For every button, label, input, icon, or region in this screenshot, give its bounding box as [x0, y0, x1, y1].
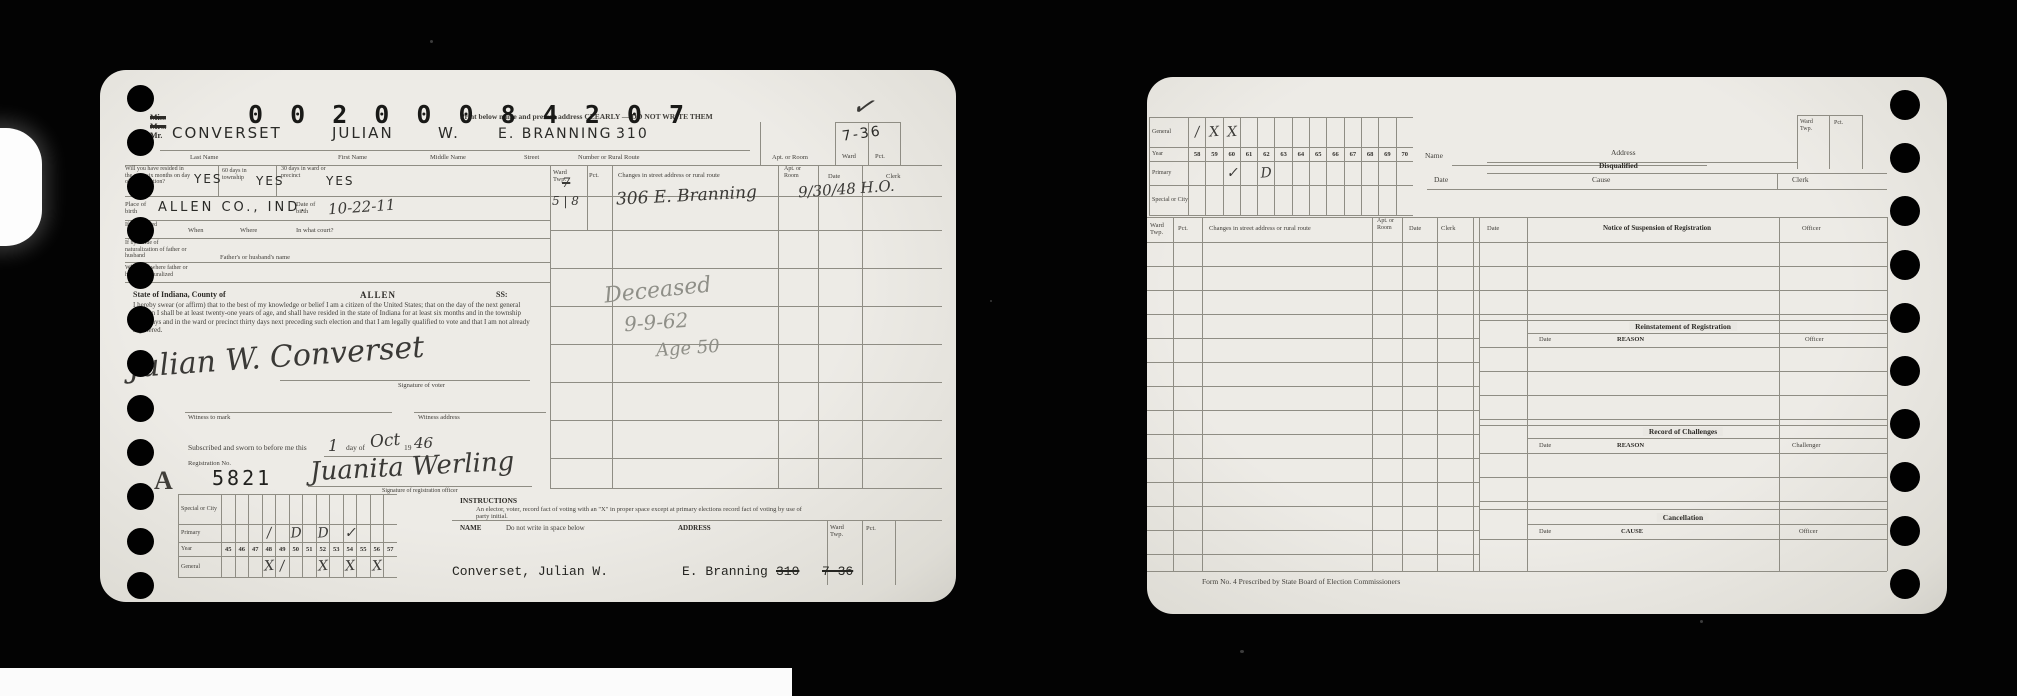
tbl-clerk: Clerk	[1441, 225, 1455, 232]
form-rule	[1479, 347, 1887, 348]
label-name: Name	[1425, 152, 1443, 160]
label-apt-or-room: Apt. or Room	[772, 154, 808, 161]
vote-grid-cell	[316, 495, 330, 524]
label-cause: Cause	[1592, 176, 1610, 184]
form-rule	[1372, 217, 1373, 571]
form-rule	[1147, 362, 1479, 363]
vote-grid-cell	[1292, 118, 1309, 147]
vote-grid-cell: 58	[1188, 148, 1205, 161]
check-mark: ✓	[850, 90, 877, 123]
sprocket-hole	[1890, 409, 1920, 439]
form-rule	[1487, 173, 1887, 174]
vote-grid-cell	[329, 495, 343, 524]
label-last-name: Last Name	[190, 154, 218, 161]
vote-grid-cell	[1326, 118, 1343, 147]
vote-grid-cell	[302, 557, 316, 577]
label-father-husband-name: Father's or husband's name	[220, 254, 290, 261]
form-rule	[1479, 290, 1887, 291]
label-subscribed-sworn: Subscribed and sworn to before me this	[188, 444, 307, 452]
challenges-date: Date	[1539, 442, 1551, 449]
vote-grid-cell: D	[316, 525, 330, 542]
form-rule	[1147, 554, 1479, 555]
label-pct: Pct.	[875, 153, 885, 160]
sprocket-hole	[127, 528, 154, 555]
street-value: E. BRANNING	[498, 126, 612, 142]
vote-grid-cell: 68	[1361, 148, 1378, 161]
vote-grid-cell	[235, 525, 249, 542]
vote-grid-cell	[302, 495, 316, 524]
form-rule	[1452, 165, 1707, 166]
vote-grid-cell	[248, 557, 262, 577]
vote-grid-cell: 55	[356, 543, 370, 556]
film-speck	[990, 300, 992, 302]
form-rule	[1473, 217, 1474, 571]
label-witness-to-mark: Witness to mark	[188, 414, 230, 421]
vote-grid-cell	[356, 495, 370, 524]
vote-grid-cell	[370, 525, 384, 542]
vote-grid-cell	[1274, 186, 1291, 215]
vote-grid-cell	[221, 495, 235, 524]
label-first-name: First Name	[338, 154, 367, 161]
form-rule	[1147, 506, 1479, 507]
form-rule	[125, 282, 550, 283]
vote-mark: /	[1188, 123, 1205, 140]
vote-mark: X	[316, 558, 330, 575]
label-place-of-birth: Place of birth	[125, 201, 157, 216]
deceased-age: Age 50	[655, 336, 720, 361]
form-rule	[550, 268, 942, 269]
form-rule	[1479, 509, 1887, 510]
vote-grid-cell	[1378, 186, 1395, 215]
label-state-county: State of Indiana, County of	[133, 291, 226, 300]
instructions-body: An elector, voter, record fact of voting…	[476, 506, 811, 521]
susp-title: Notice of Suspension of Registration	[1547, 225, 1767, 233]
sprocket-hole	[127, 129, 154, 156]
first-name-value: JULIAN	[332, 124, 394, 142]
vote-grid-cell: 65	[1309, 148, 1326, 161]
form-rule	[862, 520, 863, 585]
vote-grid-cell	[356, 525, 370, 542]
form-rule	[1527, 438, 1887, 439]
form-rule	[1479, 320, 1887, 321]
vote-grid-cell	[302, 525, 316, 542]
form-rule	[612, 165, 613, 488]
vote-grid-cell: 50	[289, 543, 303, 556]
sprocket-hole	[127, 173, 154, 200]
film-speck	[1240, 650, 1244, 653]
sprocket-hole	[127, 572, 154, 599]
form-rule	[308, 486, 532, 487]
form-rule	[900, 122, 901, 165]
vote-grid-cell	[383, 525, 397, 542]
tbl-date: Date	[1409, 225, 1421, 232]
vote-grid-cell: X	[370, 557, 384, 577]
vote-grid-cell: 67	[1344, 148, 1361, 161]
question-30-days-ward: 30 days in ward or precinct	[281, 166, 331, 179]
vote-grid-cell	[329, 525, 343, 542]
vote-grid-cell	[383, 557, 397, 577]
sprocket-hole	[1890, 196, 1920, 226]
vote-grid-cell: /	[1188, 118, 1205, 147]
label-where: Where	[240, 227, 257, 234]
vote-mark: X	[343, 558, 357, 575]
label-street: Street	[524, 154, 539, 161]
form-rule	[862, 165, 863, 488]
form-rule	[1479, 395, 1887, 396]
vote-grid-cell	[1205, 186, 1222, 215]
form-rule	[125, 238, 550, 239]
label-when: When	[188, 227, 204, 234]
form-footer: Form No. 4 Prescribed by State Board of …	[1202, 578, 1400, 586]
form-rule	[550, 344, 942, 345]
typed-number-struck: 310	[776, 564, 799, 579]
label-date-of-birth: Date of birth	[296, 201, 326, 216]
voter-signature: Julian W. Converset	[127, 330, 425, 386]
form-rule	[1479, 477, 1887, 478]
form-rule	[1479, 501, 1887, 502]
officer-signature: Juanita Werling	[309, 447, 515, 488]
vote-grid-cell	[1378, 118, 1395, 147]
cancellation-title: Cancellation	[1657, 513, 1709, 522]
form-rule	[550, 230, 942, 231]
vote-grid-cell: 45	[221, 543, 235, 556]
registration-card-front: Miss Mrs. Mr. 0 0 2 0 0 0 8 4 2 0 7 Prin…	[100, 70, 956, 602]
susp-date: Date	[1487, 225, 1499, 232]
form-rule	[778, 165, 779, 488]
label-ward: Ward	[842, 153, 856, 160]
form-rule	[1173, 217, 1174, 571]
vote-grid-cell: D	[289, 525, 303, 542]
vote-mark: X	[262, 558, 276, 575]
label-pct-col: Pct.	[866, 525, 876, 532]
registration-card-back: General/XXYear58596061626364656667686970…	[1147, 77, 1947, 614]
vote-grid-cell: 53	[329, 543, 343, 556]
sprocket-hole	[1890, 90, 1920, 120]
label-day-of: day of	[346, 444, 365, 452]
form-rule	[1479, 453, 1887, 454]
form-rule	[1147, 314, 1479, 315]
vote-grid-cell: X	[1205, 118, 1222, 147]
form-rule	[1147, 410, 1479, 411]
vote-grid-row-label: General	[179, 557, 221, 577]
vote-grid-row-label: General	[1150, 118, 1188, 147]
sprocket-hole	[127, 439, 154, 466]
form-rule	[125, 220, 550, 221]
sprocket-hole	[1890, 303, 1920, 333]
challenges-reason: REASON	[1617, 442, 1644, 449]
cancellation-officer: Officer	[1799, 528, 1818, 535]
form-rule	[1147, 434, 1479, 435]
vote-grid-cell: 48	[262, 543, 276, 556]
form-rule	[760, 122, 761, 165]
vote-grid-cell	[1274, 118, 1291, 147]
form-rule	[1777, 173, 1778, 189]
vote-grid-cell	[1240, 118, 1257, 147]
hdr-pct: Pct.	[589, 172, 599, 179]
typed-ward-pct-struck: 7-36	[822, 564, 853, 579]
vote-grid-cell	[329, 557, 343, 577]
vote-grid-cell: 46	[235, 543, 249, 556]
vote-grid-row-label: Primary	[1150, 162, 1188, 185]
vote-grid-cell: 47	[248, 543, 262, 556]
last-name-value: CONVERSET	[172, 124, 282, 142]
form-rule	[1479, 314, 1887, 315]
vote-grid-cell	[383, 495, 397, 524]
label-virtue-naturalization: If by virtue of naturalization of father…	[125, 240, 187, 260]
changed-ward-new: 5 | 8	[552, 194, 579, 208]
hdr-apt-room: Apt. or Room	[784, 166, 804, 179]
vote-grid-cell	[1361, 162, 1378, 185]
form-rule	[1527, 217, 1528, 571]
vote-grid-cell	[235, 495, 249, 524]
vote-grid-cell	[343, 495, 357, 524]
changed-ward-old: 7	[562, 176, 570, 191]
sworn-day-value: 1	[328, 436, 338, 455]
sprocket-hole	[127, 350, 154, 377]
sprocket-hole	[127, 395, 154, 422]
vote-grid-cell: 49	[275, 543, 289, 556]
tbl-apt-room: Apt. or Room	[1377, 218, 1397, 231]
vote-grid-cell	[1188, 186, 1205, 215]
instructions-title: INSTRUCTIONS	[460, 497, 517, 505]
sprocket-hole	[127, 217, 154, 244]
form-rule	[550, 488, 942, 489]
vote-grid-cell: 66	[1326, 148, 1343, 161]
vote-grid-cell: 51	[302, 543, 316, 556]
label-what-court: In what court?	[296, 227, 334, 234]
form-rule	[1437, 217, 1438, 571]
vote-grid-cell	[1378, 162, 1395, 185]
vote-grid-cell	[1223, 186, 1240, 215]
label-address-header: ADDRESS	[678, 525, 711, 533]
form-rule	[1887, 217, 1888, 571]
label-clerk-cell: Clerk	[1792, 176, 1809, 184]
sworn-year-value: 46	[414, 434, 433, 452]
vote-grid-cell	[262, 495, 276, 524]
vote-mark: X	[1223, 123, 1240, 140]
voting-record-grid-right: General/XXYear58596061626364656667686970…	[1149, 117, 1413, 216]
label-ss: SS:	[496, 291, 508, 300]
vote-grid-cell	[275, 495, 289, 524]
vote-grid-cell	[1274, 162, 1291, 185]
form-rule	[125, 196, 550, 197]
vote-grid-row-label: Year	[179, 543, 221, 556]
registration-stamp-number: 0 0 2 0 0 0 8 4 2 0 7	[248, 100, 690, 129]
sprocket-hole	[1890, 356, 1920, 386]
vote-grid-cell: D	[1257, 162, 1274, 185]
vote-mark: D	[316, 524, 330, 541]
vote-grid-cell	[1257, 118, 1274, 147]
vote-grid-cell: 61	[1240, 148, 1257, 161]
label-witness-address: Witness address	[418, 414, 460, 421]
vote-grid-cell	[235, 557, 249, 577]
label-ward-twp-col: Ward Twp.	[830, 524, 854, 539]
form-rule	[1829, 115, 1830, 169]
vote-mark: ✓	[343, 524, 357, 541]
voting-record-grid-left: Special or CityPrimary/DD✓Year4546474849…	[178, 494, 397, 578]
vote-grid-cell: X	[1223, 118, 1240, 147]
light-leak-artifact	[0, 128, 42, 246]
sprocket-hole	[1890, 143, 1920, 173]
form-rule	[835, 122, 836, 165]
form-rule	[895, 520, 896, 585]
vote-grid-cell	[275, 525, 289, 542]
vote-grid-cell: 59	[1205, 148, 1222, 161]
vote-grid-cell	[1257, 186, 1274, 215]
county-value: ALLEN	[360, 290, 396, 300]
vote-grid-cell: 60	[1223, 148, 1240, 161]
form-rule	[1479, 266, 1887, 267]
form-rule	[160, 150, 750, 151]
ward-pct-written: 7-36	[841, 123, 883, 144]
vote-mark: D	[1258, 164, 1275, 181]
sworn-month-value: Oct	[369, 430, 401, 453]
affidavit-body: I hereby swear (or affirm) that to the b…	[133, 301, 531, 334]
vote-grid-cell	[1361, 118, 1378, 147]
vote-grid-cell: 54	[343, 543, 357, 556]
form-rule	[1147, 482, 1479, 483]
form-rule	[1479, 539, 1887, 540]
vote-mark: ✓	[1223, 164, 1240, 181]
form-rule	[125, 165, 942, 166]
form-rule	[550, 165, 551, 488]
vote-grid-cell: 56	[370, 543, 384, 556]
hdr-date: Date	[828, 173, 840, 180]
margin-letter-a: A	[154, 466, 173, 495]
vote-grid-cell	[248, 525, 262, 542]
sprocket-hole	[1890, 250, 1920, 280]
form-rule	[1147, 242, 1887, 243]
challenges-challenger: Challenger	[1792, 442, 1821, 449]
label-name-header: NAME	[460, 525, 481, 533]
sprocket-hole	[1890, 569, 1920, 599]
form-rule	[1147, 290, 1479, 291]
vote-grid-row-label: Primary	[179, 525, 221, 542]
form-rule	[1487, 189, 1887, 190]
vote-grid-cell: 70	[1396, 148, 1413, 161]
changed-address: 306 E. Branning	[616, 182, 758, 209]
label-do-not-write-below: Do not write in space below	[506, 525, 585, 533]
vote-grid-cell: ✓	[343, 525, 357, 542]
vote-grid-cell: ✓	[1223, 162, 1240, 185]
reinstatement-title: Reinstatement of Registration	[1629, 322, 1737, 331]
vote-grid-cell	[1396, 118, 1413, 147]
form-rule	[1402, 217, 1403, 571]
form-rule	[1202, 217, 1203, 571]
vote-grid-cell	[1292, 186, 1309, 215]
vote-grid-cell: /	[275, 557, 289, 577]
form-rule	[818, 165, 819, 488]
vote-grid-cell	[356, 557, 370, 577]
vote-grid-cell	[1309, 118, 1326, 147]
vote-grid-cell: X	[316, 557, 330, 577]
reinstatement-date: Date	[1539, 336, 1551, 343]
reinstatement-reason: REASON	[1617, 336, 1644, 343]
date-of-birth-value: 10-22-11	[327, 196, 395, 219]
label-signature-of-voter: Signature of voter	[398, 382, 445, 389]
form-rule	[1147, 458, 1479, 459]
vote-grid-cell	[1396, 186, 1413, 215]
wardbox-ward: Ward Twp.	[1800, 119, 1824, 132]
vote-mark: /	[275, 558, 289, 575]
change-date-clerk: 9/30/48 H.O.	[797, 177, 895, 202]
label-date: Date	[1434, 176, 1448, 184]
vote-grid-cell	[221, 557, 235, 577]
sprocket-hole	[127, 306, 154, 333]
vote-grid-row-label: Special or City	[1150, 186, 1188, 215]
form-rule	[1479, 425, 1887, 426]
form-rule	[1147, 386, 1479, 387]
answer-resided-state: YES	[194, 172, 223, 186]
form-rule	[1147, 217, 1887, 218]
form-rule	[185, 412, 392, 413]
vote-mark: /	[262, 524, 276, 541]
vote-grid-cell: 52	[316, 543, 330, 556]
vote-grid-cell: /	[262, 525, 276, 542]
microfilm-scan: Miss Mrs. Mr. 0 0 2 0 0 0 8 4 2 0 7 Prin…	[0, 0, 2017, 696]
vote-grid-cell	[1205, 162, 1222, 185]
tbl-changes: Changes in street address or rural route	[1209, 225, 1311, 232]
typed-street: E. Branning	[682, 564, 768, 579]
form-rule	[1487, 162, 1797, 163]
sprocket-hole	[1890, 516, 1920, 546]
vote-grid-cell: X	[262, 557, 276, 577]
film-speck	[1700, 620, 1703, 623]
vote-grid-cell	[1292, 162, 1309, 185]
form-rule	[587, 165, 588, 230]
vote-grid-cell	[1326, 186, 1343, 215]
cancellation-date: Date	[1539, 528, 1551, 535]
label-disqualified: Disqualified	[1599, 162, 1638, 170]
sprocket-hole	[127, 85, 154, 112]
form-rule	[1479, 419, 1887, 420]
vote-grid-cell: X	[343, 557, 357, 577]
vote-grid-cell	[1309, 162, 1326, 185]
street-number-value: 310	[616, 126, 649, 142]
vote-grid-cell	[370, 495, 384, 524]
form-rule	[1527, 333, 1887, 334]
sprocket-hole	[1890, 462, 1920, 492]
place-of-birth-value: ALLEN CO., IND.	[158, 200, 307, 215]
challenges-title: Record of Challenges	[1643, 427, 1723, 436]
label-number-rural-route: Number or Rural Route	[578, 154, 640, 161]
film-speck	[430, 40, 433, 43]
vote-grid-row-label: Year	[1150, 148, 1188, 161]
vote-grid-cell	[1344, 186, 1361, 215]
vote-grid-cell: 64	[1292, 148, 1309, 161]
vote-grid-cell	[248, 495, 262, 524]
vote-grid-cell	[1188, 162, 1205, 185]
vote-grid-cell	[1344, 162, 1361, 185]
hdr-changes: Changes in street address or rural route	[618, 172, 720, 179]
form-rule	[280, 380, 530, 381]
form-rule	[1479, 217, 1480, 571]
susp-officer: Officer	[1802, 225, 1821, 232]
form-rule	[1779, 217, 1780, 571]
vote-mark: D	[289, 524, 303, 541]
form-rule	[125, 262, 550, 263]
middle-name-value: W.	[438, 124, 460, 142]
vote-grid-cell	[1344, 118, 1361, 147]
vote-grid-cell	[289, 557, 303, 577]
vote-grid-cell	[1396, 162, 1413, 185]
vote-grid-cell: 62	[1257, 148, 1274, 161]
form-rule	[550, 420, 942, 421]
vote-grid-cell	[1326, 162, 1343, 185]
form-rule	[1527, 524, 1887, 525]
form-rule	[550, 382, 942, 383]
form-rule	[1797, 115, 1798, 169]
